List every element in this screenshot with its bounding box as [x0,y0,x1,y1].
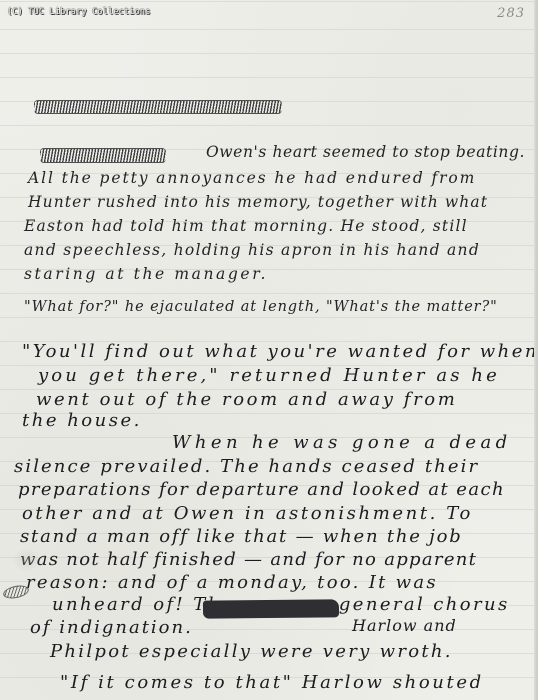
struck-out-heading [34,100,282,114]
manuscript-line: silence prevailed. The hands ceased thei… [14,457,479,477]
manuscript-line: reason: and of a monday, too. It was [26,573,438,593]
manuscript-line: staring at the manager. [24,264,268,284]
manuscript-line: of indignation. [30,618,193,638]
manuscript-line: "If it comes to that" Harlow shouted [60,673,484,693]
paper-smudge [12,548,42,572]
redacted-passage [203,599,339,618]
manuscript-page: (C) TUC Library Collections 283 Owen's h… [0,0,538,700]
manuscript-line: All the petty annoyances he had endured … [28,168,476,188]
manuscript-line: and speechless, holding his apron in his… [24,240,480,260]
manuscript-line: Easton had told him that morning. He sto… [24,216,468,236]
manuscript-line: was not half finished — and for no appar… [20,550,477,570]
manuscript-line: When he was gone a dead [172,433,512,453]
manuscript-line: went out of the room and away from [36,390,457,410]
manuscript-line: "You'll find out what you're wanted for … [22,342,538,362]
struck-out-opening [40,148,166,163]
manuscript-line: Philpot especially were very wroth. [50,642,453,662]
manuscript-line: Hunter rushed into his memory, together … [28,192,488,212]
manuscript-line: stand a man off like that — when the job [20,527,463,547]
manuscript-line: Harlow and [352,616,457,636]
manuscript-line: other and at Owen in astonishment. To [22,504,473,524]
manuscript-line: you get there," returned Hunter as he [38,366,500,386]
margin-scribble [2,583,30,600]
page-number: 283 [497,6,525,21]
copyright-watermark: (C) TUC Library Collections [7,7,151,17]
manuscript-line: preparations for departure and looked at… [18,480,505,500]
manuscript-line: the house. [22,411,142,431]
manuscript-line: Owen's heart seemed to stop beating. [206,142,525,162]
manuscript-line: "What for?" he ejaculated at length, "Wh… [24,297,498,317]
